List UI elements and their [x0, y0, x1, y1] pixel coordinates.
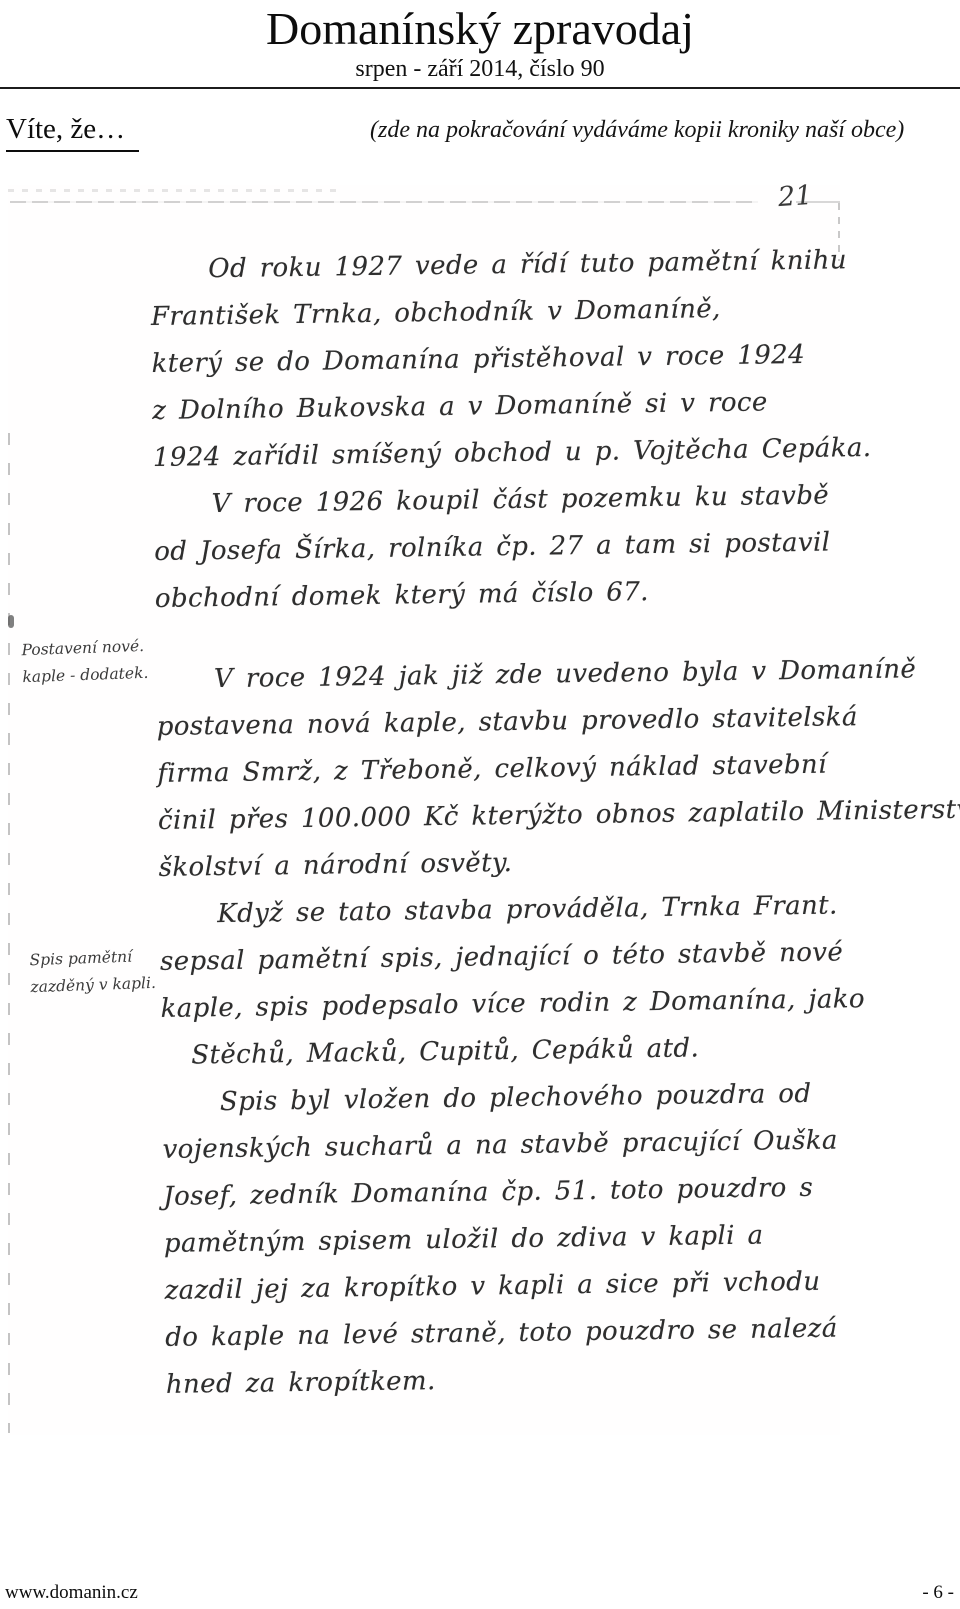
scan-noise-artifact [8, 189, 338, 192]
newsletter-title: Domanínský zpravodaj [0, 4, 960, 54]
issue-subtitle: srpen - září 2014, číslo 90 [0, 56, 960, 82]
footer-website: www.domanin.cz [5, 1582, 138, 1604]
margin-note-document: Spis pamětní zazděný v kapli. [29, 943, 156, 1001]
scan-ink-blot [8, 615, 14, 628]
handwriting-line: obchodní domek který má číslo 67. [155, 567, 832, 623]
handwriting-line: činil přes 100.000 Kč kterýžto obnos zap… [158, 789, 835, 845]
handwriting-line: do kaple na levé straně, toto pouzdro se… [165, 1305, 842, 1361]
chronicle-scan: 21 Postavení nové. kaple - dodatek. Spis… [8, 185, 840, 1435]
section-row: Víte, že… (zde na pokračování vydáváme k… [0, 113, 960, 171]
margin-note-line: kaple - dodatek. [22, 660, 149, 691]
newsletter-header: Domanínský zpravodaj srpen - září 2014, … [0, 0, 960, 82]
footer-page-number: - 6 - [922, 1582, 954, 1604]
scan-top-edge-artifact [10, 201, 758, 203]
handwriting-line: od Josefa Šírka, rolníka čp. 27 a tam si… [154, 520, 831, 576]
scan-page-number: 21 [777, 180, 813, 213]
section-heading: Víte, že… [6, 113, 139, 152]
handwriting-line: hned za kropítkem. [166, 1352, 843, 1408]
handwriting-line: kaple, spis podepsalo více rodin z Doman… [160, 976, 837, 1032]
section-note: (zde na pokračování vydáváme kopii kroni… [370, 117, 904, 144]
margin-note-line: zazděný v kapli. [30, 970, 156, 1001]
page-footer: www.domanin.cz - 6 - [0, 1582, 960, 1604]
scan-left-edge-artifact [8, 433, 10, 1433]
margin-note-chapel: Postavení nové. kaple - dodatek. [21, 633, 149, 691]
header-divider [0, 87, 960, 89]
handwriting-line: Od roku 1927 vede a řídí tuto pamětní kn… [150, 238, 827, 294]
handwritten-text: Od roku 1927 vede a řídí tuto pamětní kn… [150, 238, 842, 1409]
